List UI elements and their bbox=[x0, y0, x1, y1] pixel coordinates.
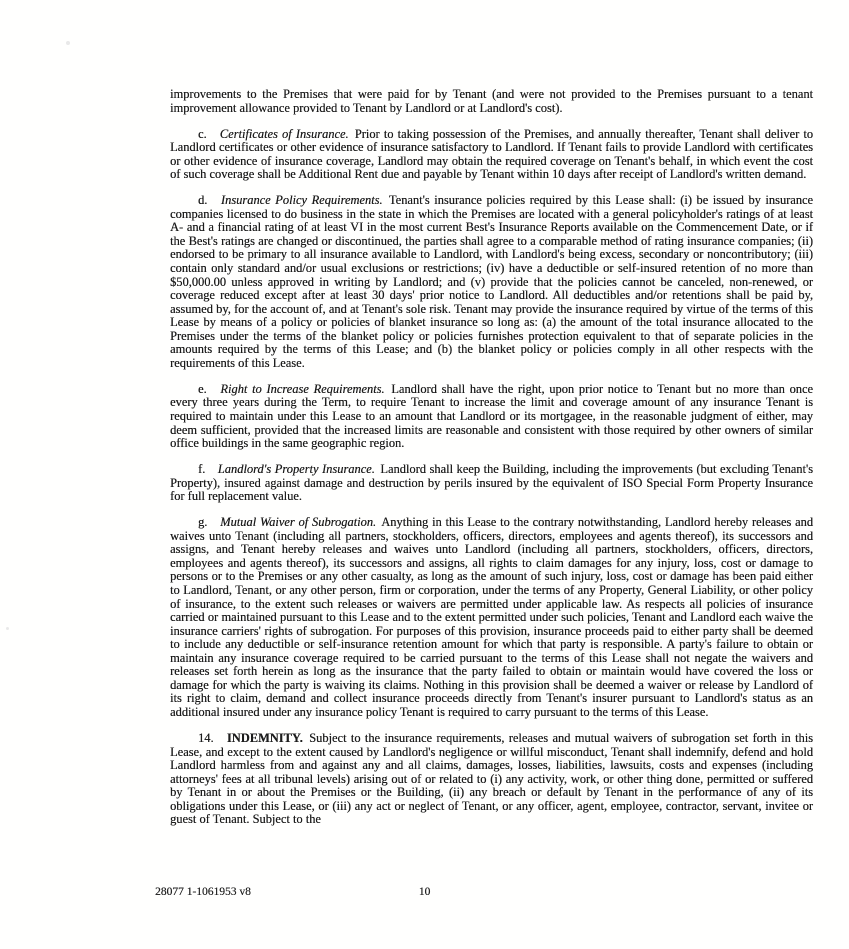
section-label: d. bbox=[198, 193, 207, 207]
section-body: Tenant's insurance policies required by … bbox=[170, 193, 813, 370]
scan-speck bbox=[6, 627, 9, 630]
document-body: improvements to the Premises that were p… bbox=[170, 88, 813, 839]
section-heading: Right to Increase Requirements. bbox=[220, 382, 384, 396]
footer-page-number: 10 bbox=[0, 886, 849, 898]
section-label: c. bbox=[198, 127, 207, 141]
section-c-certificates-of-insurance: c. Certificates of Insurance. Prior to t… bbox=[170, 128, 813, 182]
section-heading: Landlord's Property Insurance. bbox=[218, 462, 375, 476]
section-number: 14. bbox=[198, 731, 214, 745]
section-body: Subject to the insurance requirements, r… bbox=[170, 731, 813, 826]
section-heading: Certificates of Insurance. bbox=[220, 127, 349, 141]
section-14-indemnity: 14. INDEMNITY. Subject to the insurance … bbox=[170, 732, 813, 827]
scan-speck bbox=[66, 41, 70, 45]
section-label: e. bbox=[198, 382, 207, 396]
section-heading: INDEMNITY. bbox=[227, 731, 303, 745]
section-e-right-to-increase-requirements: e. Right to Increase Requirements. Landl… bbox=[170, 383, 813, 451]
section-f-landlords-property-insurance: f. Landlord's Property Insurance. Landlo… bbox=[170, 463, 813, 504]
section-body: Anything in this Lease to the contrary n… bbox=[170, 515, 813, 719]
document-page: improvements to the Premises that were p… bbox=[0, 0, 849, 949]
section-g-mutual-waiver-of-subrogation: g. Mutual Waiver of Subrogation. Anythin… bbox=[170, 516, 813, 719]
section-heading: Insurance Policy Requirements. bbox=[221, 193, 383, 207]
section-label: g. bbox=[198, 515, 207, 529]
section-label: f. bbox=[198, 462, 205, 476]
continuation-paragraph: improvements to the Premises that were p… bbox=[170, 88, 813, 115]
section-heading: Mutual Waiver of Subrogation. bbox=[220, 515, 376, 529]
page-footer: 28077 1-1061953 v8 10 bbox=[0, 886, 849, 902]
section-d-insurance-policy-requirements: d. Insurance Policy Requirements. Tenant… bbox=[170, 194, 813, 370]
